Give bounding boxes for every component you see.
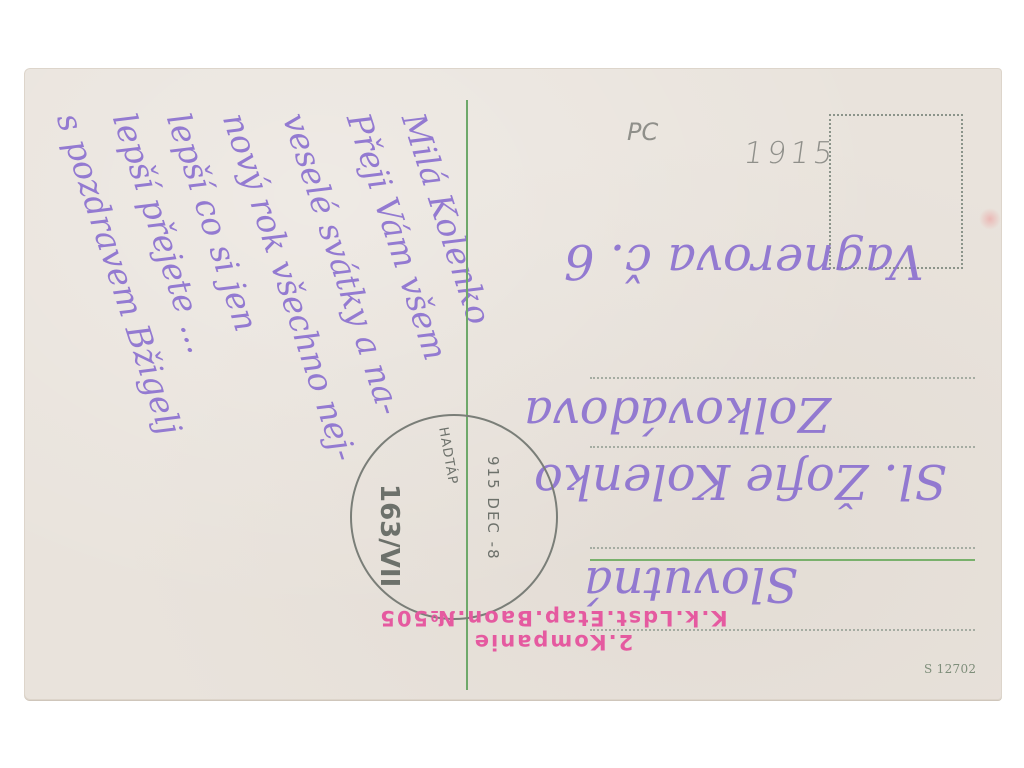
postmark-number: 163/VII bbox=[374, 484, 404, 587]
postmark-date: 915 DEC -8 bbox=[484, 456, 502, 561]
postcard-back: Milá Kolenko Přeji Vám všem veselé svátk… bbox=[24, 68, 1002, 700]
pencil-year: 1915 bbox=[742, 136, 839, 171]
pencil-initials: PC bbox=[627, 118, 658, 146]
stain-mark bbox=[979, 208, 1001, 230]
address-line: Vagnerova č. 6 bbox=[564, 233, 924, 289]
serial-number: S 12702 bbox=[924, 662, 976, 676]
address-rule bbox=[590, 446, 975, 448]
address-line: Zolkovádova bbox=[524, 386, 831, 442]
unit-cachet-company: 2.Kompanie bbox=[318, 630, 788, 654]
address-line: Sl. Žofie Kolenko bbox=[534, 453, 947, 509]
unit-cachet-battalion: K.k.Ldst.Etap.Baon.№505 bbox=[318, 606, 788, 630]
unit-cachet: 2.Kompanie K.k.Ldst.Etap.Baon.№505 bbox=[318, 588, 788, 658]
address-rule bbox=[590, 547, 975, 549]
postmark-office: HADTÁP bbox=[435, 426, 460, 486]
address-rule bbox=[590, 377, 975, 379]
